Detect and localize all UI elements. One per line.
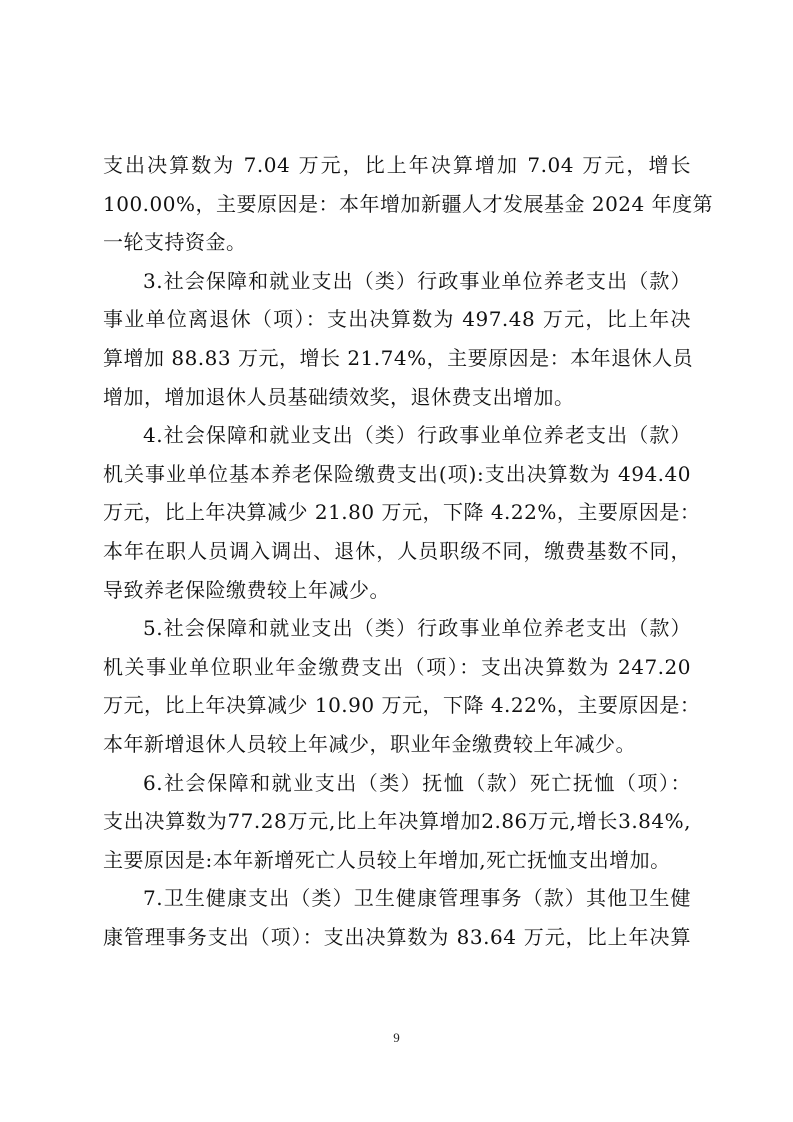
text-line: 本年新增退休人员较上年减少，职业年金缴费较上年减少。 bbox=[103, 725, 691, 764]
text-line: 4.社会保障和就业支出（类）行政事业单位养老支出（款） bbox=[103, 416, 691, 455]
paragraph-item-4-pension-insurance: 4.社会保障和就业支出（类）行政事业单位养老支出（款） 机关事业单位基本养老保险… bbox=[103, 416, 691, 609]
text-line: 本年在职人员调入调出、退休，人员职级不同，缴费基数不同， bbox=[103, 532, 691, 571]
text-line: 万元，比上年决算减少 10.90 万元，下降 4.22%，主要原因是： bbox=[103, 686, 691, 725]
text-line: 7.卫生健康支出（类）卫生健康管理事务（款）其他卫生健 bbox=[103, 879, 691, 918]
text-line: 算增加 88.83 万元，增长 21.74%，主要原因是：本年退休人员 bbox=[103, 339, 691, 378]
paragraph-continued-expenditure: 支出决算数为 7.04 万元，比上年决算增加 7.04 万元，增长 100.00… bbox=[103, 146, 691, 262]
text-line: 支出决算数为 7.04 万元，比上年决算增加 7.04 万元，增长 bbox=[103, 146, 691, 185]
text-line: 一轮支持资金。 bbox=[103, 223, 691, 262]
text-line: 100.00%，主要原因是：本年增加新疆人才发展基金 2024 年度第 bbox=[103, 185, 691, 224]
text-line: 机关事业单位基本养老保险缴费支出(项):支出决算数为 494.40 bbox=[103, 455, 691, 494]
text-line: 增加，增加退休人员基础绩效奖，退休费支出增加。 bbox=[103, 378, 691, 417]
text-line: 事业单位离退休（项）：支出决算数为 497.48 万元，比上年决 bbox=[103, 300, 691, 339]
paragraph-item-6-death-pension: 6.社会保障和就业支出（类）抚恤（款）死亡抚恤（项）： 支出决算数为77.28万… bbox=[103, 764, 691, 880]
text-line: 主要原因是:本年新增死亡人员较上年增加,死亡抚恤支出增加。 bbox=[103, 841, 691, 880]
text-line: 支出决算数为77.28万元,比上年决算增加2.86万元,增长3.84%, bbox=[103, 802, 691, 841]
paragraph-item-7-health-management: 7.卫生健康支出（类）卫生健康管理事务（款）其他卫生健 康管理事务支出（项）：支… bbox=[103, 879, 691, 956]
paragraph-item-5-occupational-annuity: 5.社会保障和就业支出（类）行政事业单位养老支出（款） 机关事业单位职业年金缴费… bbox=[103, 609, 691, 763]
page-number: 9 bbox=[0, 1030, 793, 1046]
paragraph-item-3-retirement: 3.社会保障和就业支出（类）行政事业单位养老支出（款） 事业单位离退休（项）：支… bbox=[103, 262, 691, 416]
text-line: 万元，比上年决算减少 21.80 万元，下降 4.22%，主要原因是： bbox=[103, 493, 691, 532]
text-line: 5.社会保障和就业支出（类）行政事业单位养老支出（款） bbox=[103, 609, 691, 648]
text-line: 导致养老保险缴费较上年减少。 bbox=[103, 571, 691, 610]
text-line: 机关事业单位职业年金缴费支出（项）：支出决算数为 247.20 bbox=[103, 648, 691, 687]
text-line: 康管理事务支出（项）：支出决算数为 83.64 万元，比上年决算 bbox=[103, 918, 691, 957]
text-line: 6.社会保障和就业支出（类）抚恤（款）死亡抚恤（项）： bbox=[103, 764, 691, 803]
document-body: 支出决算数为 7.04 万元，比上年决算增加 7.04 万元，增长 100.00… bbox=[103, 146, 691, 956]
text-line: 3.社会保障和就业支出（类）行政事业单位养老支出（款） bbox=[103, 262, 691, 301]
